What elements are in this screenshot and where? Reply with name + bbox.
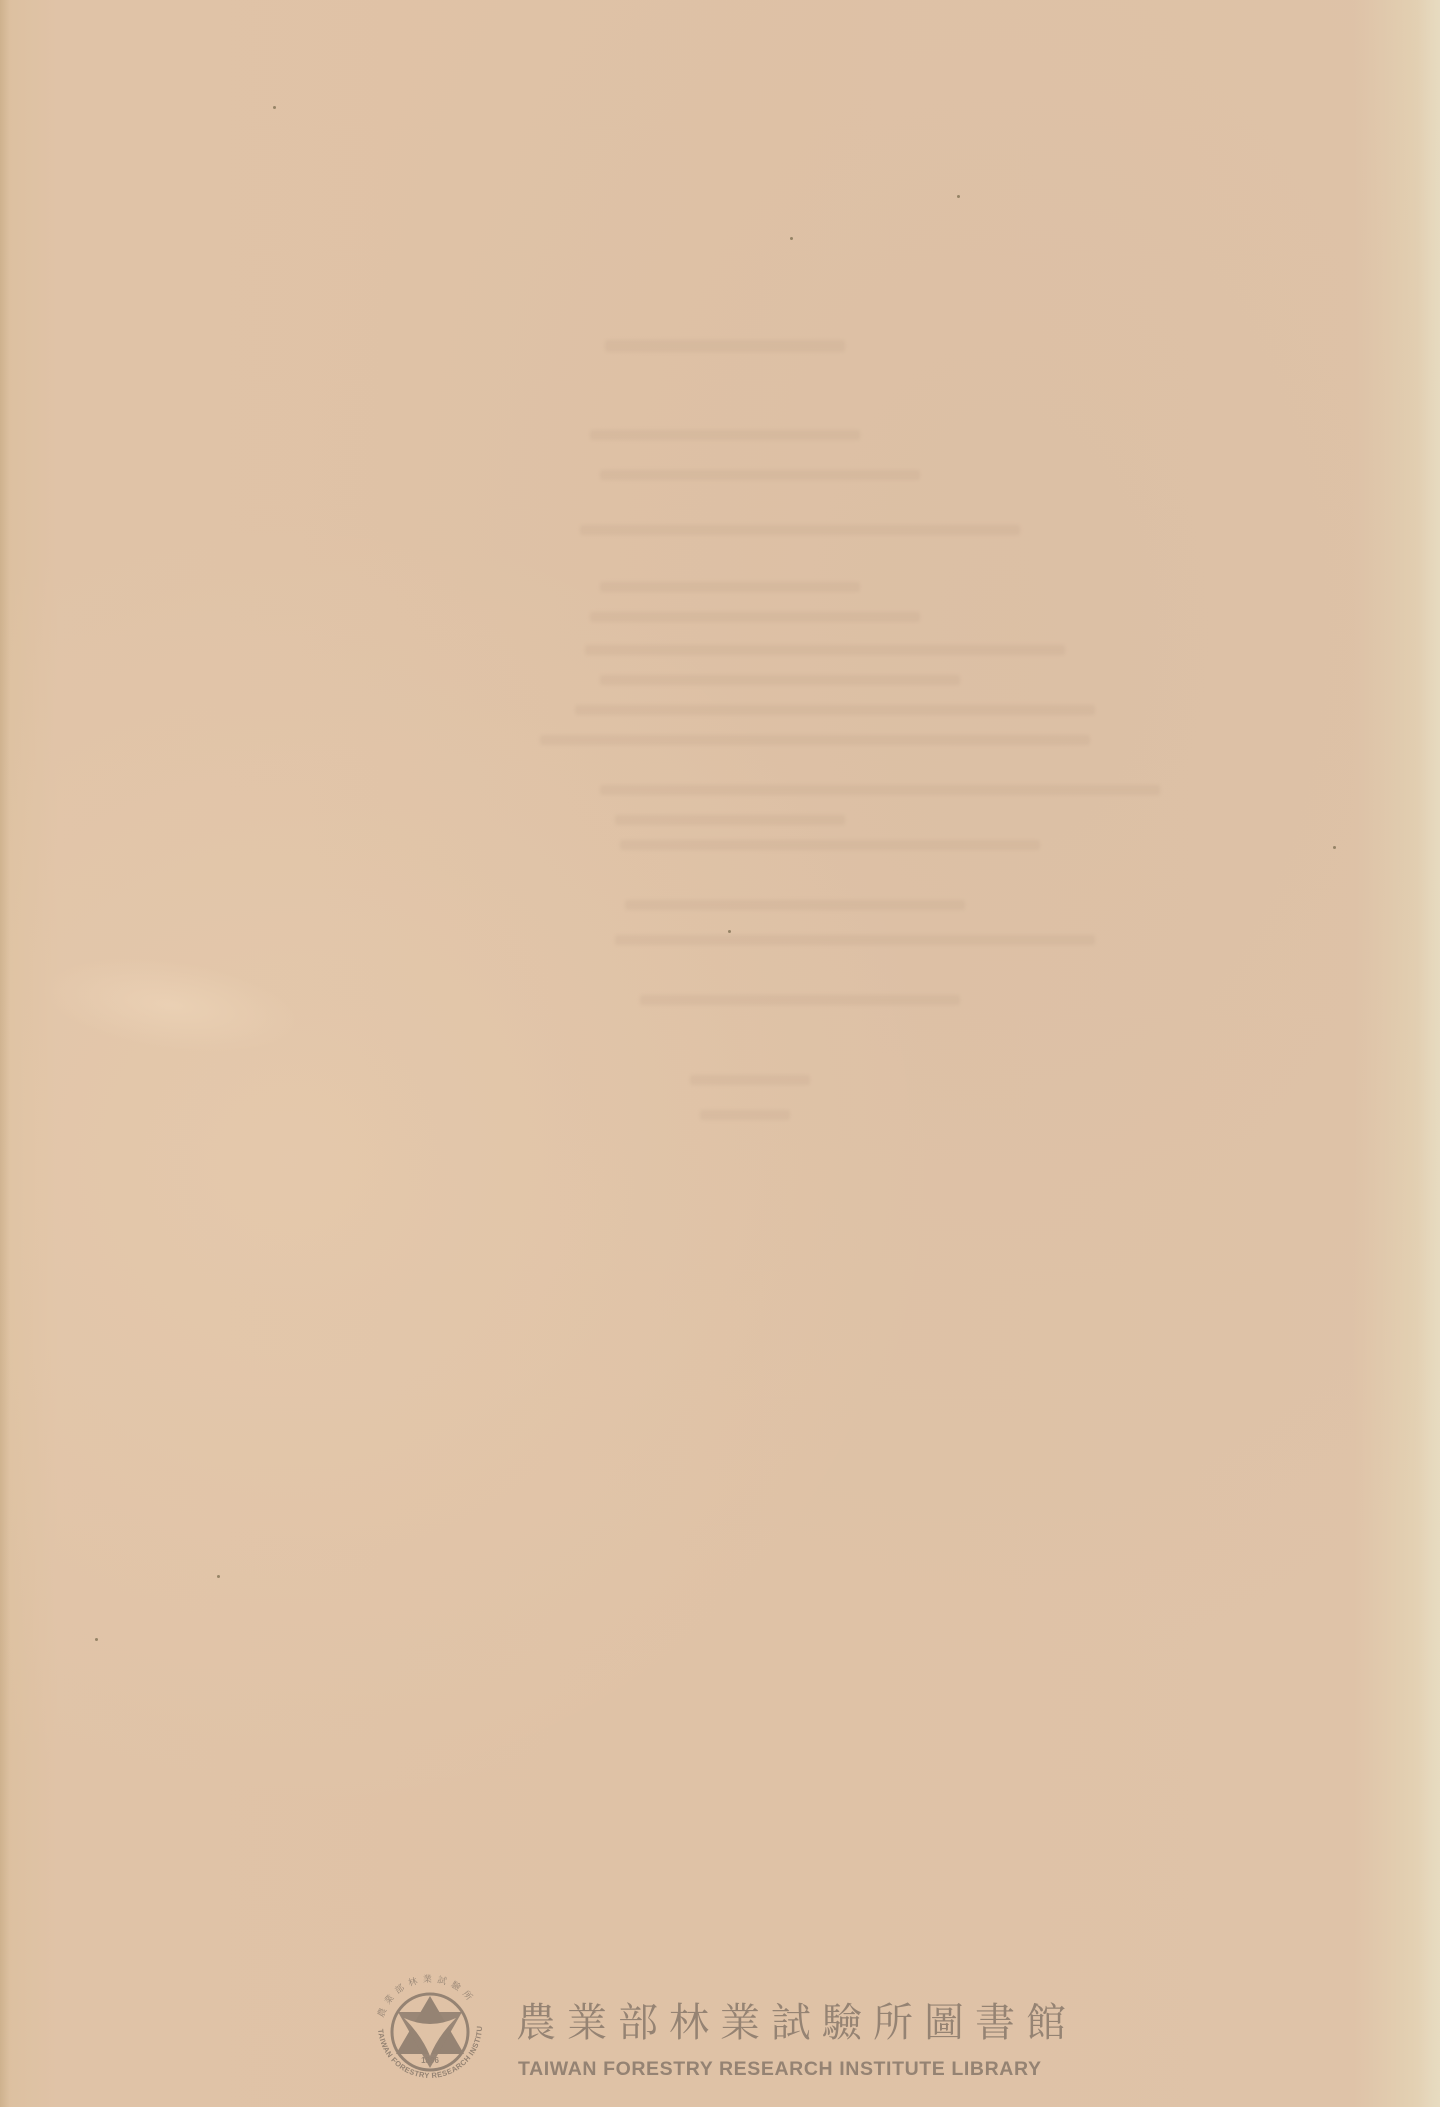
- forestry-institute-seal-icon: 農業部林業試驗所 TAIWAN FORESTRY RESEARCH INSTIT…: [368, 1968, 492, 2092]
- paper-speck: [273, 106, 276, 109]
- svg-text:1896: 1896: [421, 2056, 439, 2065]
- paper-speck: [790, 237, 793, 240]
- paper-speck: [957, 195, 960, 198]
- paper-speck: [95, 1638, 98, 1641]
- library-name-english: TAIWAN FORESTRY RESEARCH INSTITUTE LIBRA…: [518, 2058, 1042, 2081]
- library-name-chinese: 農業部林業試驗所圖書館: [516, 2000, 1077, 2046]
- paper-speck: [217, 1575, 220, 1578]
- paper-speck: [1333, 846, 1336, 849]
- library-stamp: 農業部林業試驗所 TAIWAN FORESTRY RESEARCH INSTIT…: [368, 1960, 1068, 2100]
- show-through-text: [0, 0, 1440, 2107]
- paper-speck: [728, 930, 731, 933]
- scanned-page: 農業部林業試驗所 TAIWAN FORESTRY RESEARCH INSTIT…: [0, 0, 1440, 2107]
